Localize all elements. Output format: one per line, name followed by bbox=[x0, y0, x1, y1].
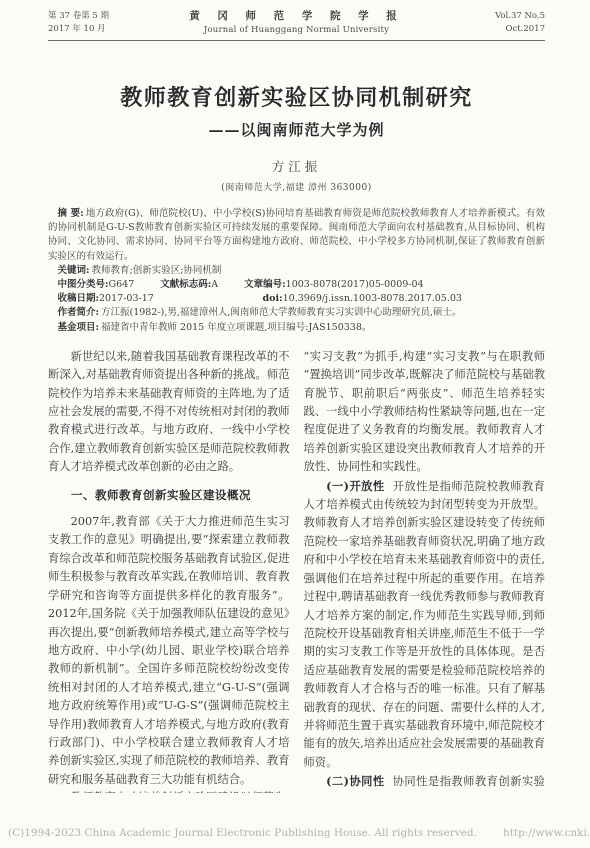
issue-date-en: Oct.2017 bbox=[404, 23, 545, 36]
article-id-cell: 文章编号:1003-8078(2017)05-0009-04 bbox=[244, 278, 423, 292]
section-heading-1: 一、教师教育创新实验区建设概况 bbox=[48, 486, 290, 504]
doc-code-cell: 文献标志码:A bbox=[160, 278, 218, 292]
journal-header: 第 37 卷第 5 期 2017 年 10 月 黄 冈 师 范 学 院 学 报 … bbox=[48, 10, 545, 36]
clc-label: 中图分类号: bbox=[58, 279, 109, 290]
issue-volume-cn: 第 37 卷第 5 期 bbox=[48, 10, 189, 23]
article-title: 教师教育创新实验区协同机制研究 bbox=[48, 81, 545, 112]
abstract-label: 摘 要: bbox=[58, 208, 84, 219]
keywords-label: 关键词: bbox=[58, 265, 90, 276]
author-name: 方江振 bbox=[48, 157, 545, 175]
journal-name-block: 黄 冈 师 范 学 院 学 报 Journal of Huanggang Nor… bbox=[189, 10, 404, 36]
doi-cell: doi:10.3969/j.issn.1003-8078.2017.05.03 bbox=[263, 293, 462, 304]
issue-volume-en: Vol.37 No.5 bbox=[404, 10, 545, 23]
paragraph-intro: 新世纪以来,随着我国基础教育课程改革的不断深入,对基础教育师资提出各种新的挑战。… bbox=[48, 348, 290, 477]
doi-label: doi: bbox=[263, 293, 283, 304]
journal-page: 第 37 卷第 5 期 2017 年 10 月 黄 冈 师 范 学 院 学 报 … bbox=[0, 0, 590, 848]
received-cell: 收稿日期:2017-03-17 bbox=[58, 292, 263, 306]
article-meta: 摘 要:地方政府(G)、师范院校(U)、中小学校(S)协同培育基础教育师资是师范… bbox=[48, 207, 545, 335]
paragraph-openness-text: 开放性是指师范院校教师教育人才培养模式由传统较为封闭型转变为开放型。教师教育人才… bbox=[304, 480, 546, 769]
clc-cell: 中图分类号:G647 bbox=[58, 278, 135, 292]
article-id-label: 文章编号: bbox=[244, 279, 286, 290]
paragraph-continued-lead: 教师教育人才培养创新实验区建设以师范生 bbox=[48, 789, 290, 793]
author-bio-label: 作者简介: bbox=[58, 307, 100, 318]
received-date-value: 2017-03-17 bbox=[99, 293, 154, 304]
subheading-synergy: (二)协同性 bbox=[326, 774, 385, 788]
received-row: 收稿日期:2017-03-17doi:10.3969/j.issn.1003-8… bbox=[48, 292, 545, 306]
issue-info-cn: 第 37 卷第 5 期 2017 年 10 月 bbox=[48, 10, 189, 35]
paragraph-synergy: (二)协同性协同性是指教师教育创新实验区建设需要地方政府、中小学校、师范院校三方… bbox=[304, 772, 546, 793]
classification-row: 中图分类号:G647文献标志码:A文章编号:1003-8078(2017)05-… bbox=[48, 278, 545, 292]
author-affiliation: (闽南师范大学,福建 漳州 363000) bbox=[48, 180, 545, 193]
paragraph-openness: (一)开放性开放性是指师范院校教师教育人才培养模式由传统较为封闭型转变为开放型。… bbox=[304, 477, 546, 773]
paragraph-overview: 2007年,教育部《关于大力推进师范生实习支教工作的意见》明确提出,要“探索建立… bbox=[48, 513, 290, 789]
cnki-url: http://www.cnki.net bbox=[503, 827, 590, 839]
cnki-copyright-text: (C)1994-2023 China Academic Journal Elec… bbox=[8, 827, 477, 839]
fund-project: 基金项目:福建省中青年教师 2015 年度立项课题,项目编号:JAS150338… bbox=[48, 321, 545, 335]
article-body: 新世纪以来,随着我国基础教育课程改革的不断深入,对基础教育师资提出各种新的挑战。… bbox=[48, 348, 545, 793]
article-id-value: 1003-8078(2017)05-0009-04 bbox=[286, 279, 424, 290]
cnki-copyright-bar: (C)1994-2023 China Academic Journal Elec… bbox=[8, 827, 582, 839]
abstract: 摘 要:地方政府(G)、师范院校(U)、中小学校(S)协同培育基础教育师资是师范… bbox=[48, 207, 545, 264]
article-subtitle: ——以闽南师范大学为例 bbox=[48, 119, 545, 140]
keywords: 关键词:教师教育;创新实验区;协同机制 bbox=[48, 264, 545, 278]
abstract-text: 地方政府(G)、师范院校(U)、中小学校(S)协同培育基础教育师资是师范院校教师… bbox=[48, 208, 545, 262]
body-left-column: 新世纪以来,随着我国基础教育课程改革的不断深入,对基础教育师资提出各种新的挑战。… bbox=[48, 348, 290, 793]
fund-text: 福建省中青年教师 2015 年度立项课题,项目编号:JAS150338。 bbox=[101, 322, 371, 333]
doc-code-label: 文献标志码: bbox=[160, 279, 211, 290]
issue-info-en: Vol.37 No.5 Oct.2017 bbox=[404, 10, 545, 35]
paragraph-continuation: “实习支教”为抓手,构建“实习支教”与在职教师“置换培训”同步改革,既解决了师范… bbox=[304, 348, 546, 477]
subheading-openness: (一)开放性 bbox=[326, 479, 385, 493]
fund-label: 基金项目: bbox=[58, 322, 100, 333]
issue-date-cn: 2017 年 10 月 bbox=[48, 23, 189, 36]
body-right-column: “实习支教”为抓手,构建“实习支教”与在职教师“置换培训”同步改革,既解决了师范… bbox=[304, 348, 546, 793]
author-bio-text: 方江振(1982-),男,福建漳州人,闽南师范大学教师教育实习实训中心助理研究员… bbox=[101, 307, 461, 318]
author-bio: 作者简介:方江振(1982-),男,福建漳州人,闽南师范大学教师教育实习实训中心… bbox=[48, 306, 545, 320]
header-divider bbox=[48, 40, 545, 41]
keywords-text: 教师教育;创新实验区;协同机制 bbox=[92, 265, 222, 276]
journal-title-cn: 黄 冈 师 范 学 院 学 报 bbox=[189, 10, 404, 23]
doc-code-value: A bbox=[211, 279, 218, 290]
journal-title-en: Journal of Huanggang Normal University bbox=[189, 24, 404, 37]
received-date-label: 收稿日期: bbox=[58, 293, 100, 304]
doi-value: 10.3969/j.issn.1003-8078.2017.05.03 bbox=[283, 293, 462, 304]
clc-value: G647 bbox=[109, 279, 135, 290]
